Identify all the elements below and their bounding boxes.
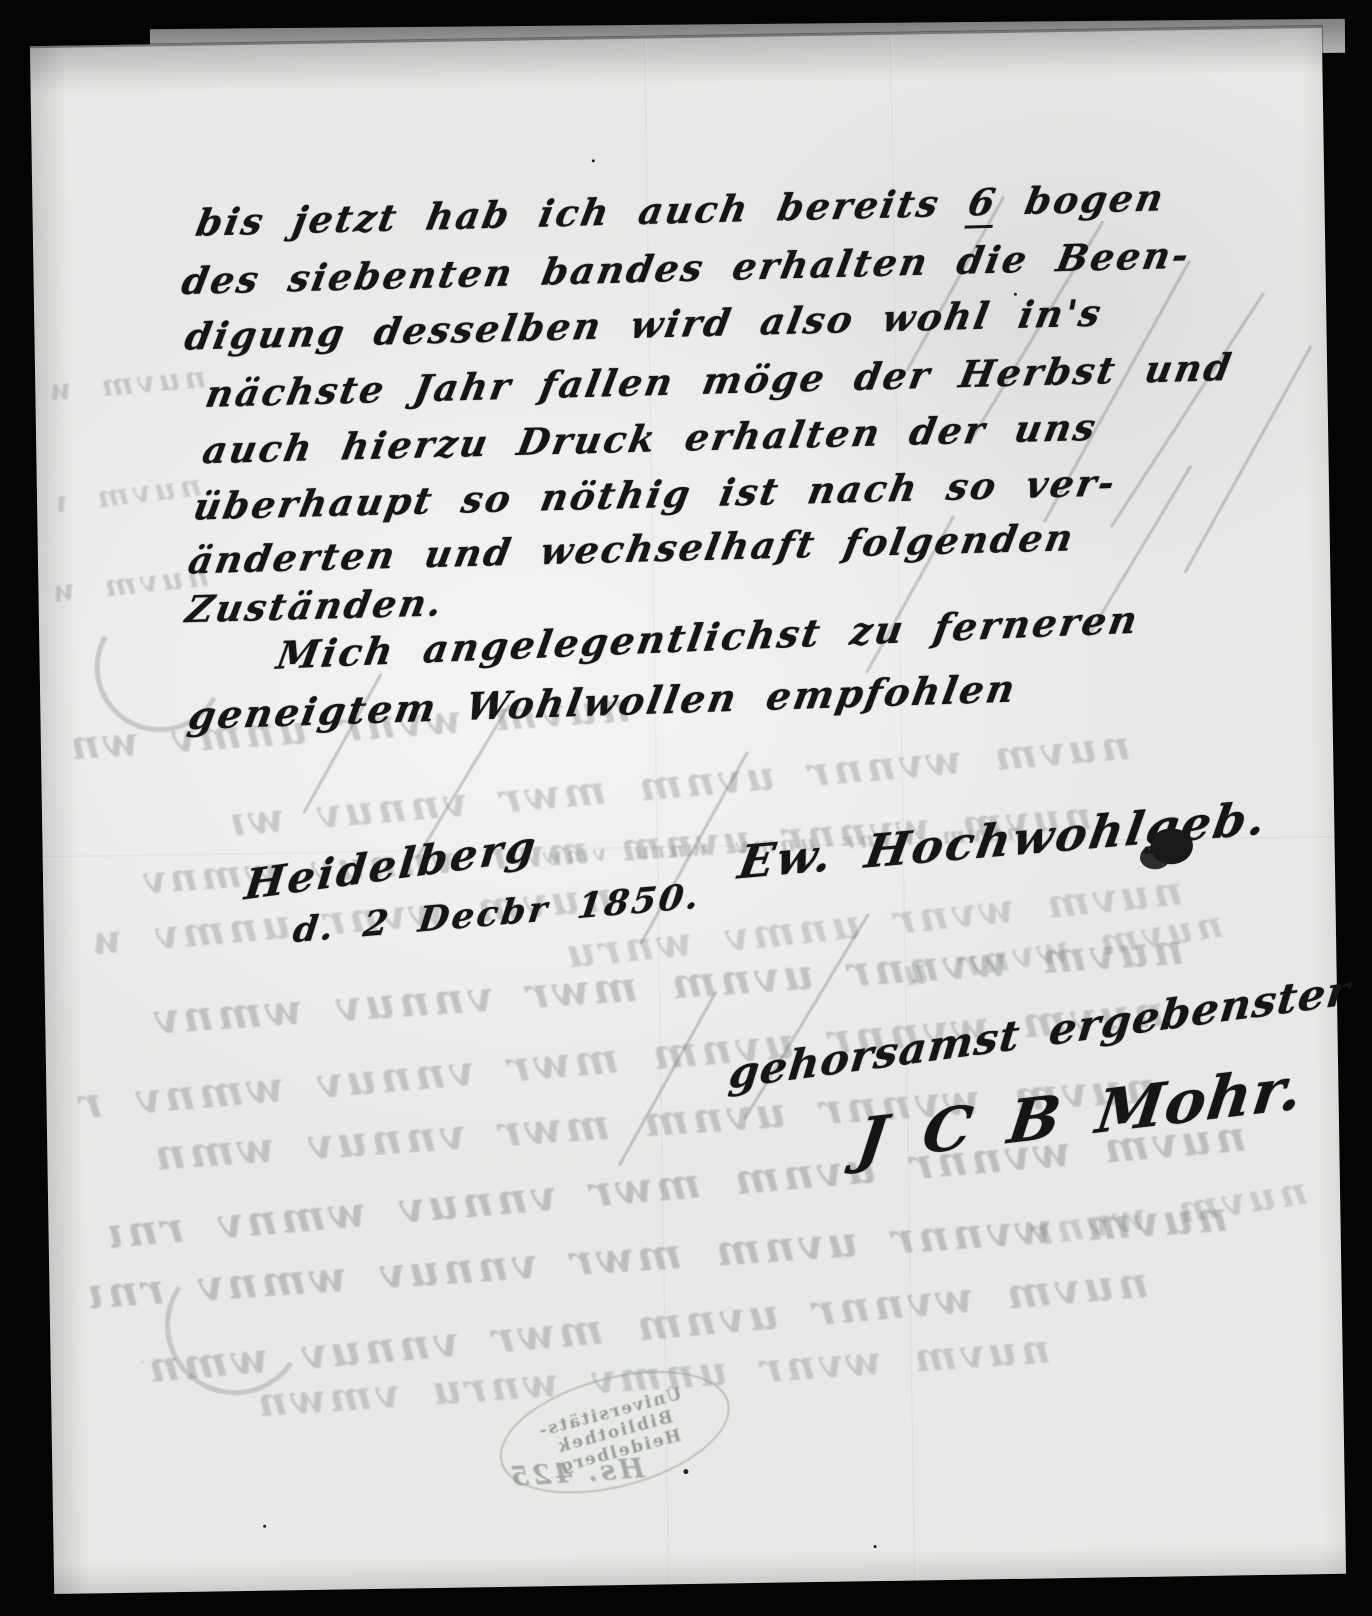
body-line-1-post: bogen <box>1021 175 1169 223</box>
body-line-1-pre: bis jetzt hab ich auch bereits <box>193 181 945 245</box>
showthrough-scrawl: nuvm wvnr unmv wnru vmwn <box>1007 1168 1310 1259</box>
paper-speck <box>592 159 595 162</box>
paper-speck <box>683 1469 688 1474</box>
diagonal-stroke <box>1110 292 1265 528</box>
body-line-7: änderten und wechselhaft folgenden <box>185 515 1079 582</box>
showthrough-curve <box>153 1243 317 1407</box>
body-line-8: Zuständen. <box>182 580 448 631</box>
scanned-letter-page: nuvm wvnr unmv wnru vmwn nuvm wvnr unmv … <box>0 0 1372 1616</box>
closing-line-2: geneigtem Wohlwollen empfohlen <box>185 666 1021 739</box>
paper-speck <box>874 1545 877 1548</box>
paper-speck <box>263 1525 266 1528</box>
signature: J C B Mohr. <box>853 1054 1307 1176</box>
body-line-1-underlined-number: 6 <box>964 180 1001 229</box>
showthrough-scrawl: nuvm wvnr unmv wnru vmwn <box>55 468 203 520</box>
paper-speck <box>1014 293 1017 296</box>
showthrough-scrawl: nuvm wvnr unmv wnru vmwn <box>903 904 1226 995</box>
body-line-1: bis jetzt hab ich auch bereits 6 bogen <box>193 175 1170 244</box>
letter-paper: nuvm wvnr unmv wnru vmwn nuvm wvnr unmv … <box>30 26 1346 1594</box>
body-line-3: digung desselben wird also wohl in's <box>181 291 1106 359</box>
showthrough-scrawl: nuvm wvnr unmv wnru vmwn <box>50 360 207 408</box>
diagonal-stroke <box>618 990 718 1166</box>
